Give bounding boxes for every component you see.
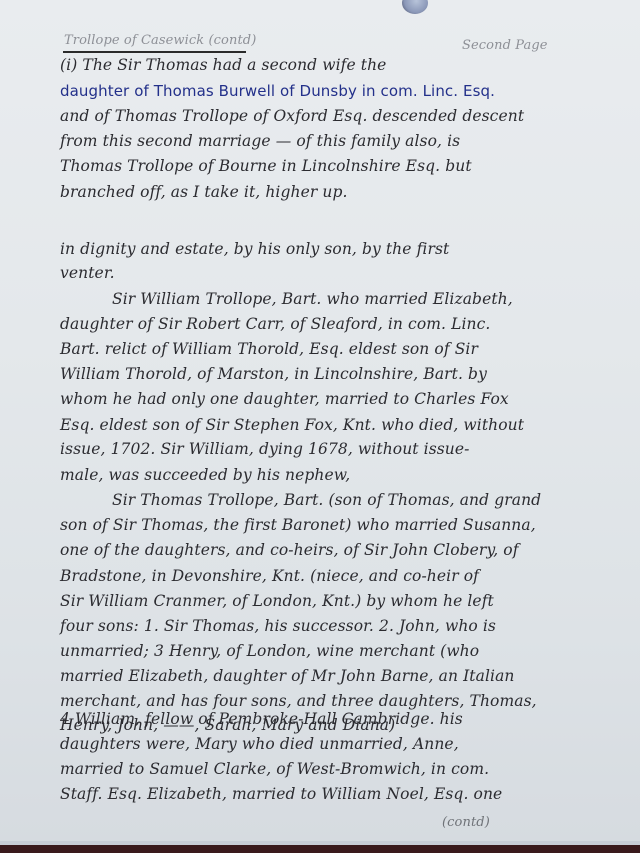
manuscript-page: Trollope of Casewick (contd) Second Page… xyxy=(0,0,640,845)
manuscript-line: issue, 1702. Sir William, dying 1678, wi… xyxy=(60,440,470,458)
page-label: Second Page xyxy=(462,38,548,53)
manuscript-line: daughter of Thomas Burwell of Dunsby in … xyxy=(60,82,495,100)
manuscript-line: Sir Thomas Trollope, Bart. (son of Thoma… xyxy=(112,491,541,509)
manuscript-line: four sons: 1. Sir Thomas, his successor.… xyxy=(60,617,496,635)
manuscript-line: son of Sir Thomas, the first Baronet) wh… xyxy=(60,516,536,534)
manuscript-line: male, was succeeded by his nephew, xyxy=(60,466,350,484)
punch-hole xyxy=(402,0,428,14)
manuscript-line: merchant, and has four sons, and three d… xyxy=(60,692,537,710)
manuscript-line: daughter of Sir Robert Carr, of Sleaford… xyxy=(60,315,490,333)
manuscript-line: one of the daughters, and co-heirs, of S… xyxy=(60,541,519,559)
continued-note: (contd) xyxy=(442,815,490,830)
manuscript-line: Bradstone, in Devonshire, Knt. (niece, a… xyxy=(60,567,479,585)
manuscript-line: branched off, as I take it, higher up. xyxy=(60,183,348,201)
manuscript-line: 4 William, fellow of Pembroke-Hall Cambr… xyxy=(60,710,463,728)
manuscript-line: Staff. Esq. Elizabeth, married to Willia… xyxy=(60,785,502,803)
header-title: Trollope of Casewick (contd) xyxy=(64,33,256,48)
manuscript-line: daughters were, Mary who died unmarried,… xyxy=(60,735,459,753)
manuscript-line: (i) The Sir Thomas had a second wife the xyxy=(60,56,386,74)
manuscript-line: married to Samuel Clarke, of West-Bromwi… xyxy=(60,760,489,778)
manuscript-line: Thomas Trollope of Bourne in Lincolnshir… xyxy=(60,157,472,175)
manuscript-line: whom he had only one daughter, married t… xyxy=(60,390,509,408)
manuscript-line: Bart. relict of William Thorold, Esq. el… xyxy=(60,340,478,358)
manuscript-line: Esq. eldest son of Sir Stephen Fox, Knt.… xyxy=(60,416,524,434)
manuscript-line: venter. xyxy=(60,264,115,282)
manuscript-line: from this second marriage — of this fami… xyxy=(60,132,460,150)
manuscript-line: unmarried; 3 Henry, of London, wine merc… xyxy=(60,642,479,660)
manuscript-line: Sir William Trollope, Bart. who married … xyxy=(112,290,513,308)
manuscript-line: William Thorold, of Marston, in Lincolns… xyxy=(60,365,487,383)
header-underline xyxy=(63,51,246,53)
manuscript-line: Sir William Cranmer, of London, Knt.) by… xyxy=(60,592,494,610)
manuscript-line: married Elizabeth, daughter of Mr John B… xyxy=(60,667,515,685)
manuscript-line: and of Thomas Trollope of Oxford Esq. de… xyxy=(60,107,524,125)
manuscript-line: in dignity and estate, by his only son, … xyxy=(60,240,449,258)
